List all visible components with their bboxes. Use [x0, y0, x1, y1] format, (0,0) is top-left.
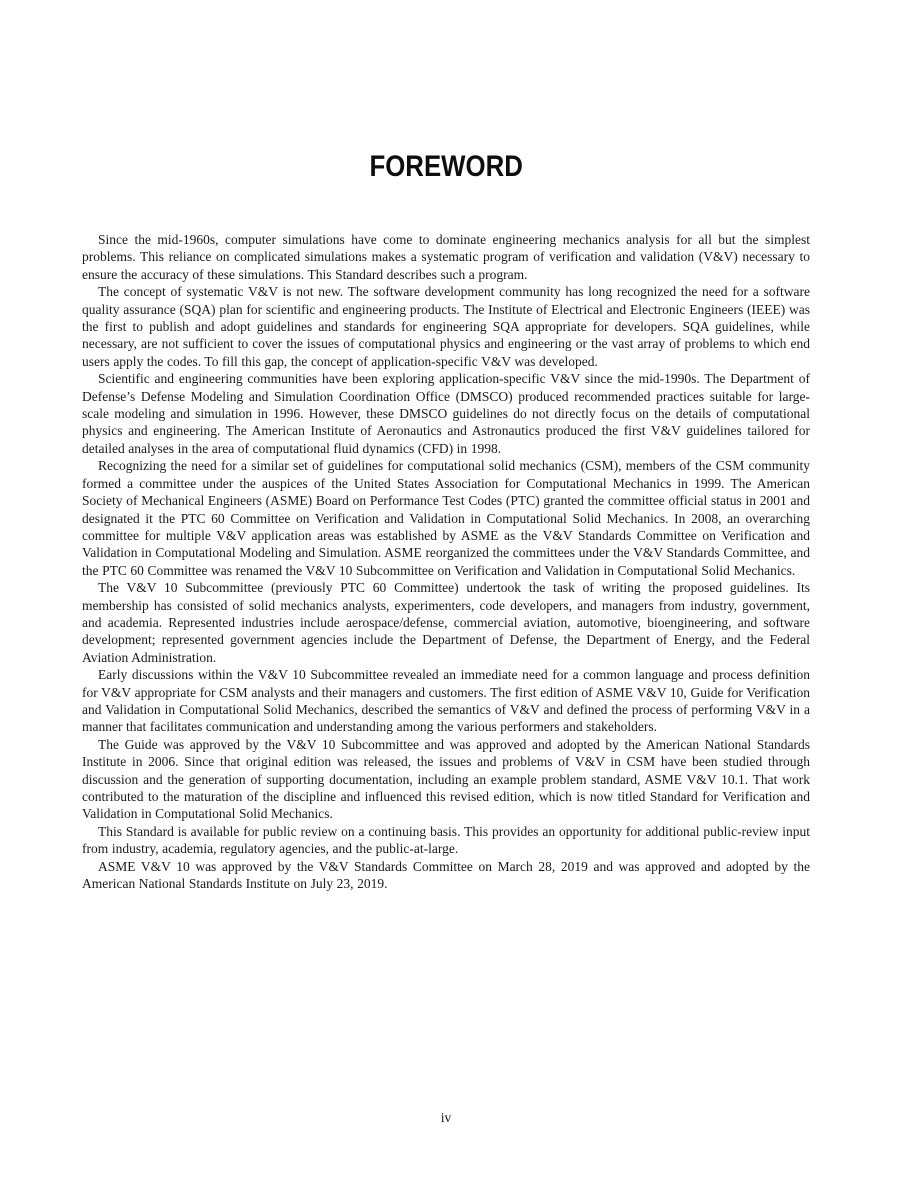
paragraph: The V&V 10 Subcommittee (previously PTC …	[82, 579, 810, 666]
paragraph: The concept of systematic V&V is not new…	[82, 283, 810, 370]
page-number: iv	[82, 1110, 810, 1126]
paragraph: Recognizing the need for a similar set o…	[82, 457, 810, 579]
page-title: FOREWORD	[82, 151, 810, 183]
page-title-text: FOREWORD	[369, 151, 522, 183]
paragraph: This Standard is available for public re…	[82, 823, 810, 858]
paragraph: Scientific and engineering communities h…	[82, 370, 810, 457]
paragraph: Since the mid-1960s, computer simulation…	[82, 231, 810, 283]
foreword-body: Since the mid-1960s, computer simulation…	[82, 231, 810, 892]
document-page: FOREWORD Since the mid-1960s, computer s…	[0, 0, 918, 1188]
paragraph: Early discussions within the V&V 10 Subc…	[82, 666, 810, 736]
paragraph: The Guide was approved by the V&V 10 Sub…	[82, 736, 810, 823]
paragraph: ASME V&V 10 was approved by the V&V Stan…	[82, 858, 810, 893]
page-content: FOREWORD Since the mid-1960s, computer s…	[82, 0, 810, 892]
